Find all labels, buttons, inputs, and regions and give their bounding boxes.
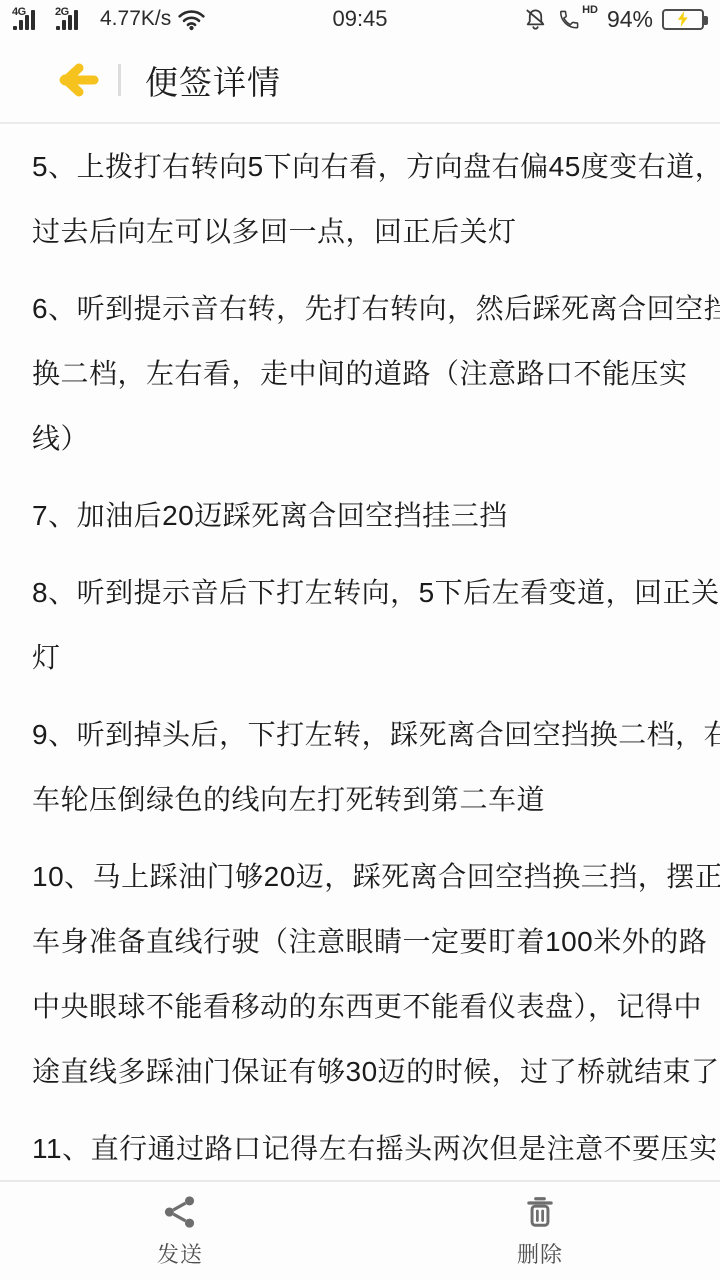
note-paragraph: 7、加油后20迈踩死离合回空挡挂三挡 xyxy=(32,481,696,546)
note-detail-screen: 4G 2G 4.77K/s 09:45 xyxy=(0,0,720,1280)
note-line: 中央眼球不能看移动的东西更不能看仪表盘），记得中 xyxy=(32,972,696,1037)
delete-label: 删除 xyxy=(517,1238,563,1269)
signal-2g-icon: 2G xyxy=(55,5,91,33)
send-label: 发送 xyxy=(157,1238,203,1269)
status-bar: 4G 2G 4.77K/s 09:45 xyxy=(0,0,720,38)
title-bar: 便签详情 xyxy=(0,38,720,124)
share-icon xyxy=(162,1194,198,1230)
note-line: 6、听到提示音右转，先打右转向，然后踩死离合回空挡 xyxy=(32,274,696,339)
note-line: 线） xyxy=(32,404,696,469)
battery-icon xyxy=(662,9,704,30)
back-button[interactable] xyxy=(50,56,106,104)
note-line: 7、加油后20迈踩死离合回空挡挂三挡 xyxy=(32,481,696,546)
note-paragraph: 5、上拨打右转向5下向右看，方向盘右偏45度变右道， 过去后向左可以多回一点，回… xyxy=(32,132,696,262)
page-title: 便签详情 xyxy=(145,57,281,104)
bell-muted-icon xyxy=(523,7,548,32)
status-left-group: 4G 2G 4.77K/s xyxy=(12,5,205,33)
hd-label: HD xyxy=(582,4,598,16)
send-button[interactable]: 发送 xyxy=(0,1182,360,1280)
bottom-toolbar: 发送 删除 xyxy=(0,1180,720,1280)
trash-icon xyxy=(522,1194,558,1230)
note-line: 车身准备直线行驶（注意眼睛一定要盯着100米外的路 xyxy=(32,907,696,972)
delete-button[interactable]: 删除 xyxy=(360,1182,720,1280)
note-line: 灯 xyxy=(32,623,696,688)
note-paragraph: 11、直行通过路口记得左右摇头两次但是注意不要压实 xyxy=(32,1114,696,1179)
note-line: 途直线多踩油门保证有够30迈的时候，过了桥就结束了 xyxy=(32,1037,696,1102)
note-line: 8、听到提示音后下打左转向，5下后左看变道，回正关 xyxy=(32,558,696,623)
note-line: 车轮压倒绿色的线向左打死转到第二车道 xyxy=(32,765,696,830)
header-divider xyxy=(118,64,121,96)
charging-bolt-icon xyxy=(677,11,689,27)
note-paragraph: 8、听到提示音后下打左转向，5下后左看变道，回正关 灯 xyxy=(32,558,696,688)
note-line: 5、上拨打右转向5下向右看，方向盘右偏45度变右道， xyxy=(32,132,696,197)
battery-percent: 94% xyxy=(607,6,653,33)
note-line: 换二档，左右看，走中间的道路（注意路口不能压实 xyxy=(32,339,696,404)
note-line: 9、听到掉头后，下打左转，踩死离合回空挡换二档，右 xyxy=(32,700,696,765)
network-speed: 4.77K/s xyxy=(100,7,171,31)
wifi-icon xyxy=(178,8,205,31)
note-paragraph: 6、听到提示音右转，先打右转向，然后踩死离合回空挡 换二档，左右看，走中间的道路… xyxy=(32,274,696,469)
note-line: 过去后向左可以多回一点，回正后关灯 xyxy=(32,197,696,262)
note-paragraph: 10、马上踩油门够20迈，踩死离合回空挡换三挡，摆正 车身准备直线行驶（注意眼睛… xyxy=(32,842,696,1102)
back-arrow-icon xyxy=(50,60,100,100)
signal-4g-icon: 4G xyxy=(12,5,48,33)
note-content[interactable]: 5、上拨打右转向5下向右看，方向盘右偏45度变右道， 过去后向左可以多回一点，回… xyxy=(0,126,720,1180)
volte-hd-icon: HD xyxy=(557,8,598,31)
note-line: 10、马上踩油门够20迈，踩死离合回空挡换三挡，摆正 xyxy=(32,842,696,907)
status-right-group: HD 94% xyxy=(523,6,708,33)
note-line: 11、直行通过路口记得左右摇头两次但是注意不要压实 xyxy=(32,1114,696,1179)
note-paragraph: 9、听到掉头后，下打左转，踩死离合回空挡换二档，右 车轮压倒绿色的线向左打死转到… xyxy=(32,700,696,830)
